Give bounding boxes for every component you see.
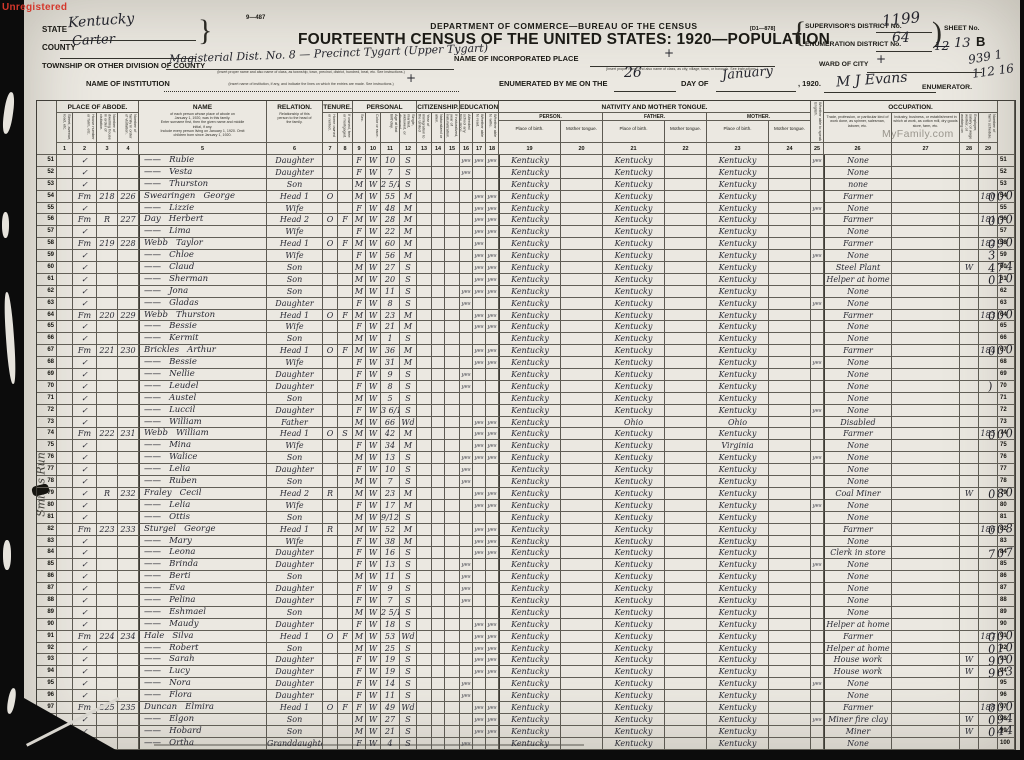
table-row-cell: [323, 500, 338, 512]
table-row-cell: Kentucky: [603, 357, 665, 369]
table-row-cell: [811, 286, 824, 298]
table-row-cell: 34: [381, 440, 400, 452]
table-row-cell: ✓: [73, 357, 97, 369]
table-row-cell: [97, 321, 118, 333]
table-row-cell: 230: [118, 345, 139, 357]
table-row-cell: ✓: [73, 452, 97, 464]
table-row-cell: Kentucky: [603, 643, 665, 655]
row-number: 85: [998, 559, 1015, 571]
table-row-cell: [57, 155, 73, 167]
table-row-cell: [960, 702, 979, 714]
row-number: 83: [37, 536, 57, 548]
table-row-cell: [460, 643, 473, 655]
column-header: Mother tongue.: [561, 121, 603, 143]
table-row-cell: [118, 369, 139, 381]
table-row-cell: ✓: [73, 274, 97, 286]
table-row-cell: [892, 155, 960, 167]
table-row-cell: [892, 417, 960, 429]
table-row-cell: [432, 738, 445, 750]
table-row-cell: 8: [381, 381, 400, 393]
table-row-cell: [57, 369, 73, 381]
table-row-cell: [892, 631, 960, 643]
table-row-cell: [445, 393, 460, 405]
table-row-cell: [892, 559, 960, 571]
table-row-cell: [561, 203, 603, 215]
table-row-cell: [811, 428, 824, 440]
table-row-cell: [960, 226, 979, 238]
table-row-cell: [417, 345, 432, 357]
table-row-cell: 231: [118, 428, 139, 440]
table-row-cell: yes: [486, 488, 499, 500]
table-row-cell: [811, 476, 824, 488]
table-row-cell: [417, 357, 432, 369]
table-row-cell: [445, 726, 460, 738]
table-row-cell: Kentucky: [499, 345, 561, 357]
table-row-cell: [445, 155, 460, 167]
enumerator-label: ENUMERATOR.: [922, 84, 972, 91]
table-row-cell: [118, 714, 139, 726]
table-row-cell: Kentucky: [707, 690, 769, 702]
table-row-cell: [417, 214, 432, 226]
row-number: 75: [37, 440, 57, 452]
table-row-cell: [97, 262, 118, 274]
table-row-cell: yes: [473, 524, 486, 536]
table-row-cell: yes: [473, 226, 486, 238]
table-row-cell: [445, 619, 460, 631]
table-row-cell: [338, 583, 353, 595]
table-row-cell: Head 1: [267, 524, 323, 536]
table-row-cell: F: [353, 619, 366, 631]
table-row-cell: yes: [473, 714, 486, 726]
table-row-cell: F: [353, 500, 366, 512]
table-row-cell: [811, 512, 824, 524]
table-row-cell: W: [366, 428, 381, 440]
table-row-cell: Kentucky: [603, 524, 665, 536]
table-row-cell: [57, 428, 73, 440]
table-row-cell: Kentucky: [499, 417, 561, 429]
table-row-cell: yes: [486, 155, 499, 167]
table-row-cell: [561, 619, 603, 631]
table-row-cell: Kentucky: [707, 583, 769, 595]
table-row-cell: [892, 345, 960, 357]
table-row-cell: Kentucky: [603, 214, 665, 226]
table-row-cell: S: [400, 607, 417, 619]
table-row-cell: [892, 643, 960, 655]
table-row-cell: M: [353, 262, 366, 274]
table-row-cell: [338, 452, 353, 464]
table-row-cell: —— Lucy: [139, 666, 267, 678]
table-row-cell: W: [366, 179, 381, 191]
table-row-cell: [417, 643, 432, 655]
table-row-cell: F: [353, 654, 366, 666]
table-row-cell: [892, 357, 960, 369]
table-row-cell: [97, 226, 118, 238]
row-number: 66: [37, 333, 57, 345]
table-row-cell: [486, 476, 499, 488]
table-row-cell: Ohio: [707, 417, 769, 429]
table-row-cell: [432, 536, 445, 548]
table-row-cell: 235: [118, 702, 139, 714]
column-header: Naturalized or alien.: [432, 113, 445, 143]
column-number: 2: [73, 143, 97, 155]
table-row-cell: [432, 571, 445, 583]
table-row-cell: [665, 262, 707, 274]
table-row-cell: —— Leudel: [139, 381, 267, 393]
column-number: 5: [139, 143, 267, 155]
table-row-cell: [417, 155, 432, 167]
table-row-cell: S: [400, 583, 417, 595]
row-number: 60: [37, 262, 57, 274]
table-row-cell: [486, 738, 499, 750]
table-row-cell: yes: [460, 369, 473, 381]
table-row-cell: R: [323, 488, 338, 500]
table-row-cell: [960, 345, 979, 357]
table-row-cell: yes: [486, 666, 499, 678]
table-row-cell: Kentucky: [707, 369, 769, 381]
table-row-cell: [417, 333, 432, 345]
column-header: Industry, business, or establishment in …: [892, 113, 960, 143]
table-row-cell: [417, 381, 432, 393]
table-row-cell: Kentucky: [707, 310, 769, 322]
table-row-cell: [445, 536, 460, 548]
table-row-cell: [432, 310, 445, 322]
table-row-cell: [561, 357, 603, 369]
table-row-cell: Head 2: [267, 214, 323, 226]
table-row-cell: [417, 238, 432, 250]
table-row-cell: [445, 678, 460, 690]
row-number: 90: [37, 619, 57, 631]
enumerator-signature: M J Evans: [836, 70, 908, 91]
table-row-cell: yes: [811, 250, 824, 262]
table-row-cell: [118, 547, 139, 559]
table-row-cell: None: [824, 167, 892, 179]
table-row-cell: [118, 357, 139, 369]
table-row-cell: [960, 191, 979, 203]
table-row-cell: ✓: [73, 203, 97, 215]
table-row-cell: Fm: [73, 428, 97, 440]
table-row-cell: 1: [381, 333, 400, 345]
table-row-cell: 49: [381, 702, 400, 714]
table-row-cell: [561, 583, 603, 595]
table-row-cell: Kentucky: [499, 702, 561, 714]
table-row-cell: 7: [381, 167, 400, 179]
table-row-cell: F: [353, 440, 366, 452]
table-row-cell: Fraley Cecil: [139, 488, 267, 500]
table-row-cell: Kentucky: [499, 476, 561, 488]
table-row-cell: [432, 321, 445, 333]
table-row-cell: Kentucky: [603, 512, 665, 524]
table-row-cell: [473, 690, 486, 702]
table-row-cell: [460, 321, 473, 333]
row-number: 87: [998, 583, 1015, 595]
table-row-cell: [473, 167, 486, 179]
table-row-cell: [338, 464, 353, 476]
table-row-cell: [432, 238, 445, 250]
column-number: 21: [603, 143, 665, 155]
supervisor-district-value: 1199: [881, 8, 921, 30]
table-row-cell: [323, 179, 338, 191]
table-row-cell: [338, 714, 353, 726]
table-row-cell: F: [353, 536, 366, 548]
table-row-cell: None: [824, 440, 892, 452]
table-row-cell: [665, 726, 707, 738]
table-row-cell: [57, 595, 73, 607]
table-row-cell: yes: [486, 417, 499, 429]
table-row-cell: [486, 405, 499, 417]
table-row-cell: [432, 203, 445, 215]
table-row-cell: [57, 559, 73, 571]
table-row-cell: [417, 702, 432, 714]
table-row-cell: [323, 690, 338, 702]
table-row-cell: [892, 226, 960, 238]
table-row-cell: S: [400, 512, 417, 524]
table-row-cell: M: [400, 226, 417, 238]
table-row-cell: —— Brinda: [139, 559, 267, 571]
table-row-cell: [769, 274, 811, 286]
table-row-cell: [97, 417, 118, 429]
table-row-cell: 2 5/12: [381, 179, 400, 191]
table-row-cell: yes: [473, 191, 486, 203]
table-row-cell: [97, 369, 118, 381]
table-row-cell: yes: [486, 524, 499, 536]
table-row-cell: [892, 333, 960, 345]
table-row-cell: [960, 559, 979, 571]
table-row-cell: [417, 726, 432, 738]
table-row-cell: [561, 369, 603, 381]
table-row-cell: F: [353, 595, 366, 607]
table-row-cell: 9: [381, 369, 400, 381]
ward-mark: +: [876, 52, 886, 66]
table-row-cell: [769, 428, 811, 440]
table-row-cell: [97, 595, 118, 607]
nativity-subgroup-header: PERSON.: [499, 113, 603, 121]
table-row-cell: 17: [381, 500, 400, 512]
table-row-cell: [561, 607, 603, 619]
table-row-cell: [811, 654, 824, 666]
table-row-cell: [445, 452, 460, 464]
table-row-cell: Kentucky: [603, 464, 665, 476]
table-row-cell: [665, 512, 707, 524]
table-row-cell: [561, 417, 603, 429]
table-row-cell: [561, 547, 603, 559]
table-row-cell: Kentucky: [499, 726, 561, 738]
table-row-cell: [57, 333, 73, 345]
table-row-cell: None: [824, 357, 892, 369]
table-row-cell: yes: [473, 345, 486, 357]
table-row-cell: Helper at home: [824, 643, 892, 655]
table-row-cell: [97, 274, 118, 286]
table-row-cell: [960, 167, 979, 179]
table-row-cell: [460, 666, 473, 678]
table-row-cell: [769, 381, 811, 393]
row-number: 70: [998, 381, 1015, 393]
table-row-cell: W: [366, 500, 381, 512]
table-row-cell: [811, 345, 824, 357]
table-row-cell: [118, 666, 139, 678]
table-row-cell: [460, 333, 473, 345]
table-row-cell: Wife: [267, 500, 323, 512]
table-row-cell: [892, 476, 960, 488]
table-row-cell: 232: [118, 488, 139, 500]
table-row-cell: F: [338, 702, 353, 714]
table-row-cell: [561, 428, 603, 440]
table-row-cell: Wife: [267, 536, 323, 548]
incorporated-place-label: NAME OF INCORPORATED PLACE: [454, 54, 578, 63]
table-row-cell: Daughter: [267, 155, 323, 167]
table-row-cell: None: [824, 155, 892, 167]
table-row-cell: Kentucky: [707, 476, 769, 488]
table-row-cell: [561, 476, 603, 488]
table-row-cell: —— Bessie: [139, 357, 267, 369]
table-row-cell: yes: [473, 440, 486, 452]
column-header: Home owned or rented.: [323, 113, 338, 143]
table-row-cell: [417, 571, 432, 583]
column-header: Sex.: [353, 113, 366, 143]
table-row-cell: [892, 666, 960, 678]
table-row-cell: yes: [473, 262, 486, 274]
table-row-cell: yes: [460, 167, 473, 179]
table-row-cell: [960, 203, 979, 215]
table-row-cell: [323, 678, 338, 690]
nativity-subgroup-header: MOTHER.: [707, 113, 811, 121]
table-row-cell: ✓: [73, 167, 97, 179]
table-row-cell: 60: [381, 238, 400, 250]
table-row-cell: Kentucky: [707, 226, 769, 238]
table-row-cell: [892, 690, 960, 702]
table-row-cell: W: [366, 583, 381, 595]
table-row-cell: [432, 333, 445, 345]
column-number: 16: [460, 143, 473, 155]
table-row-cell: [97, 298, 118, 310]
table-row-cell: [769, 155, 811, 167]
table-row-cell: O: [323, 428, 338, 440]
table-row-cell: Kentucky: [707, 714, 769, 726]
table-row-cell: None: [824, 369, 892, 381]
table-row-cell: M: [400, 191, 417, 203]
table-row-cell: —— Ortha: [139, 738, 267, 750]
table-row-cell: [561, 298, 603, 310]
table-row-cell: Kentucky: [499, 393, 561, 405]
table-row-cell: [892, 310, 960, 322]
row-number-header-left: [37, 101, 57, 155]
table-row-cell: [445, 167, 460, 179]
table-row-cell: [445, 559, 460, 571]
column-number: 25: [811, 143, 824, 155]
table-row-cell: [665, 631, 707, 643]
row-number: 52: [37, 167, 57, 179]
column-number: 17: [473, 143, 486, 155]
table-row-cell: [57, 536, 73, 548]
table-row-cell: Daughter: [267, 678, 323, 690]
table-row-cell: Kentucky: [707, 643, 769, 655]
table-row-cell: ✓: [73, 369, 97, 381]
table-row-cell: [960, 512, 979, 524]
table-row-cell: M: [400, 488, 417, 500]
table-row-cell: [960, 274, 979, 286]
table-row-cell: [960, 405, 979, 417]
table-row-cell: [323, 607, 338, 619]
table-row-cell: [57, 452, 73, 464]
table-row-cell: Kentucky: [603, 536, 665, 548]
table-row-cell: Fm: [73, 238, 97, 250]
table-row-cell: [561, 321, 603, 333]
table-row-cell: None: [824, 678, 892, 690]
scan-edge-bottom: [0, 750, 1024, 760]
table-row-cell: Kentucky: [707, 286, 769, 298]
column-number: 23: [707, 143, 769, 155]
table-row-cell: O: [323, 702, 338, 714]
table-row-cell: [445, 262, 460, 274]
table-row-cell: 228: [118, 238, 139, 250]
table-row-cell: 48: [381, 203, 400, 215]
table-row-cell: [960, 524, 979, 536]
table-row-cell: [769, 310, 811, 322]
column-header: Age at last birthday.: [381, 113, 400, 143]
table-row-cell: [57, 203, 73, 215]
row-number: 80: [998, 500, 1015, 512]
table-row-cell: [892, 214, 960, 226]
table-row-cell: [97, 536, 118, 548]
table-row-cell: M: [400, 310, 417, 322]
table-row-cell: None: [824, 333, 892, 345]
table-row-cell: —— Leona: [139, 547, 267, 559]
table-row-cell: [486, 298, 499, 310]
table-row-cell: Fm: [73, 631, 97, 643]
table-row-cell: None: [824, 226, 892, 238]
table-row-cell: [97, 464, 118, 476]
table-row-cell: None: [824, 381, 892, 393]
table-row-cell: [665, 678, 707, 690]
table-row-cell: [561, 333, 603, 345]
table-row-cell: [473, 595, 486, 607]
column-header: Place of birth.: [603, 121, 665, 143]
table-row-cell: [769, 488, 811, 500]
table-row-cell: [486, 607, 499, 619]
column-number: 13: [417, 143, 432, 155]
table-row-cell: W: [366, 369, 381, 381]
table-row-cell: Kentucky: [499, 203, 561, 215]
table-row-cell: —— Robert: [139, 643, 267, 655]
table-row-cell: Kentucky: [499, 666, 561, 678]
table-row-cell: W: [960, 666, 979, 678]
table-row-cell: W: [366, 274, 381, 286]
table-row-cell: [417, 286, 432, 298]
table-row-cell: yes: [486, 203, 499, 215]
table-row-cell: [561, 488, 603, 500]
table-row-cell: [338, 690, 353, 702]
table-row-cell: [417, 203, 432, 215]
table-row-cell: Kentucky: [499, 321, 561, 333]
table-row-cell: M: [353, 726, 366, 738]
column-header: If owned, free or mortgaged.: [338, 113, 353, 143]
row-number: 65: [998, 321, 1015, 333]
table-row-cell: [892, 298, 960, 310]
table-row-cell: 14: [381, 678, 400, 690]
table-row-cell: [460, 607, 473, 619]
table-row-cell: Kentucky: [603, 393, 665, 405]
row-number: 69: [998, 369, 1015, 381]
table-row-cell: [561, 726, 603, 738]
table-row-cell: [57, 214, 73, 226]
table-row-cell: [473, 512, 486, 524]
table-row-cell: Kentucky: [707, 595, 769, 607]
table-row-cell: [561, 345, 603, 357]
column-header: Number of dwelling house in order of vis…: [97, 113, 118, 143]
table-row-cell: M: [353, 607, 366, 619]
table-row-cell: [118, 690, 139, 702]
table-row-cell: W: [366, 238, 381, 250]
table-row-cell: [892, 654, 960, 666]
